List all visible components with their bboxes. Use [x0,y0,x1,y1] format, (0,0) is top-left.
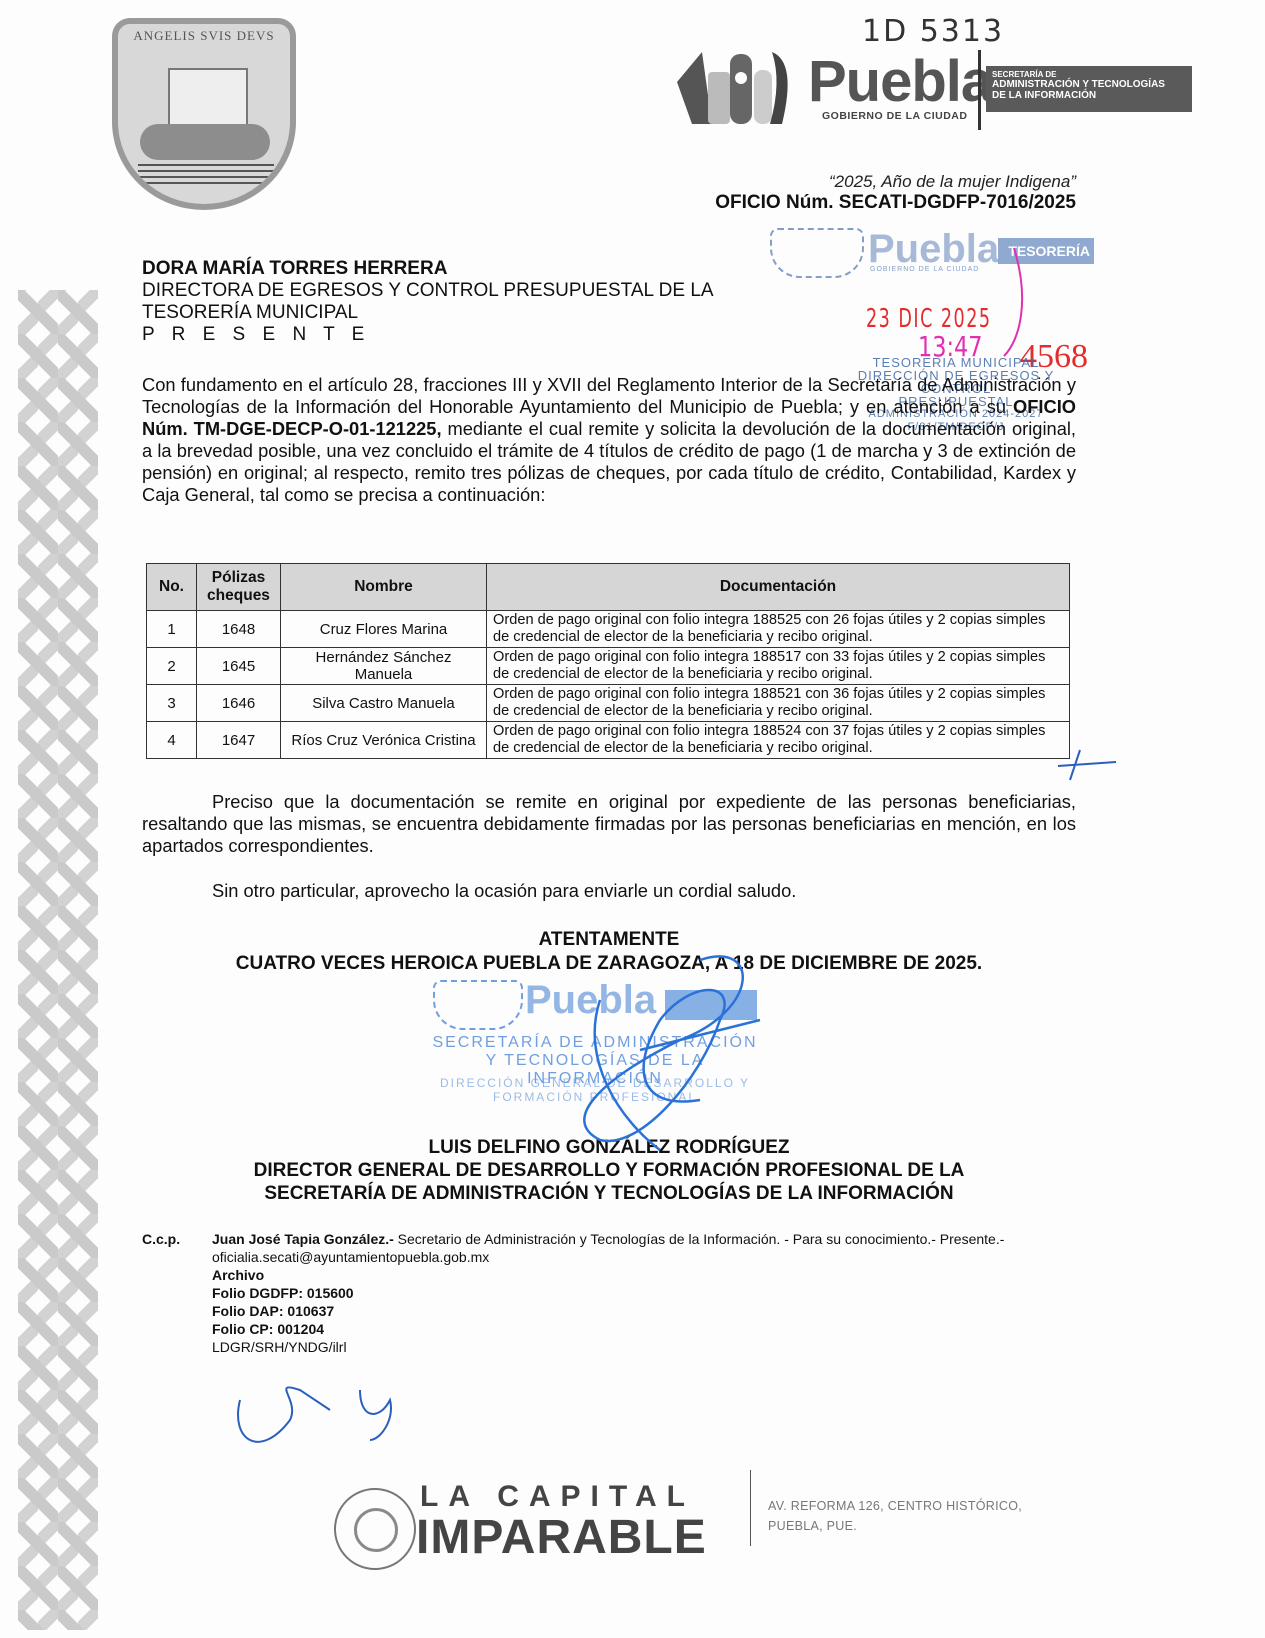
logo-divider [978,50,981,130]
table-row: 3 1646 Silva Castro Manuela Orden de pag… [147,685,1070,722]
slogan-top: LA CAPITAL [420,1480,695,1514]
salutation: P R E S E N T E [142,324,714,346]
logo-subtitle: GOBIERNO DE LA CIUDAD [822,110,967,122]
puebla-skyline-icon [672,42,802,124]
signature-stamp: Puebla SECRETARÍA DE ADMINISTRACIÓN Y TE… [425,978,765,1128]
signer-title: DIRECTOR GENERAL DE DESARROLLO Y FORMACI… [0,1159,1218,1182]
footer-address: AV. REFORMA 126, CENTRO HISTÓRICO, PUEBL… [768,1496,1022,1536]
closing-attentively: ATENTAMENTE [0,928,1218,952]
col-header-documentacion: Documentación [487,564,1070,611]
oficio-number: OFICIO Núm. SECATI-DGDFP-7016/2025 [715,192,1076,214]
folio-dap: Folio DAP: 010637 [212,1302,1092,1320]
documents-table: No. Pólizas cheques Nombre Documentación… [146,563,1070,759]
received-stamp-logo: Puebla GOBIERNO DE LA CIUDAD TESORERÍA [770,228,1094,276]
signer-name: LUIS DELFINO GONZÁLEZ RODRÍGUEZ [0,1136,1218,1159]
ccp-archivo: Archivo [212,1266,1092,1284]
puebla-skyline-icon [770,228,864,278]
ccp-label: C.c.p. [142,1230,180,1248]
cloud-icon [140,124,270,160]
closing-city-date: CUATRO VECES HEROICA PUEBLA DE ZARAGOZA,… [0,952,1218,976]
col-header-polizas: Pólizas cheques [197,564,281,611]
table-row: 1 1648 Cruz Flores Marina Orden de pago … [147,611,1070,648]
table-row: 4 1647 Ríos Cruz Verónica Cristina Orden… [147,722,1070,759]
signer-title-2: SECRETARÍA DE ADMINISTRACIÓN Y TECNOLOGÍ… [0,1182,1218,1205]
recipient-block: DORA MARÍA TORRES HERRERA DIRECTORA DE E… [142,258,714,346]
author-initials: LDGR/SRH/YNDG/ilrl [212,1338,1092,1356]
hexagon-icon [354,1508,398,1552]
folio-dgdfp: Folio DGDFP: 015600 [212,1284,1092,1302]
year-motto: “2025, Año de la mujer Indigena” [829,172,1076,192]
signer-block: LUIS DELFINO GONZÁLEZ RODRÍGUEZ DIRECTOR… [0,1136,1218,1205]
recipient-title: DIRECTORA DE EGRESOS Y CONTROL PRESUPUES… [142,280,714,302]
coat-motto: ANGELIS SVIS DEVS [118,28,290,44]
col-header-nombre: Nombre [281,564,487,611]
puebla-wordmark: Puebla [808,52,992,112]
table-row: 2 1645 Hernández Sánchez Manuela Orden d… [147,648,1070,685]
handwritten-id: 1D 5313 [862,14,1004,49]
recipient-title-2: TESORERÍA MUNICIPAL [142,302,714,324]
ccp-recipient: Juan José Tapia González.- Secretario de… [212,1230,1092,1248]
waves-icon [138,164,274,186]
ccp-email: oficialia.secati@ayuntamientopuebla.gob.… [212,1248,1092,1266]
castle-icon [168,68,248,132]
body-paragraph-2: Preciso que la documentación se remite e… [142,791,1076,857]
body-paragraph-3: Sin otro particular, aprovecho la ocasió… [212,880,1072,902]
coat-of-arms-logo: ANGELIS SVIS DEVS [112,18,296,210]
slogan-bottom: IMPARABLE [416,1510,707,1565]
col-header-no: No. [147,564,197,611]
puebla-skyline-icon [433,980,523,1030]
equality-seal-logo [334,1488,416,1570]
table-header-row: No. Pólizas cheques Nombre Documentación [147,564,1070,611]
body-paragraph-1: Con fundamento en el artículo 28, fracci… [142,374,1076,506]
department-label: SECRETARÍA DE ADMINISTRACIÓN Y TECNOLOGÍ… [986,66,1192,112]
recipient-name: DORA MARÍA TORRES HERRERA [142,258,714,280]
footer-divider [750,1470,751,1546]
folio-cp: Folio CP: 001204 [212,1320,1092,1338]
